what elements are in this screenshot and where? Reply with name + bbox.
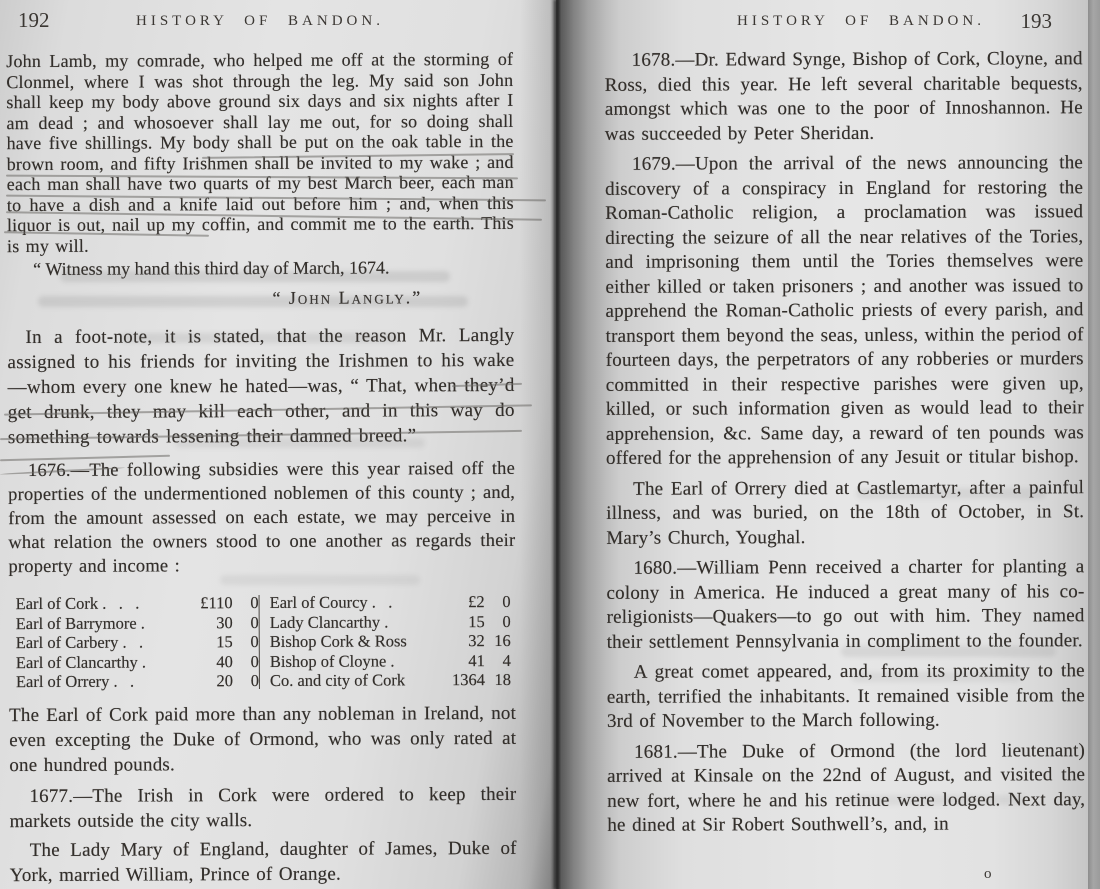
paragraph-1677-markets: 1677.—The Irish in Cork were ordered to …	[9, 781, 516, 833]
right-page-text: 1678.—Dr. Edward Synge, Bishop of Cork, …	[605, 47, 1086, 844]
noble-name: Lady Clancarthy	[270, 612, 381, 632]
amount-pounds: 40	[189, 652, 233, 672]
subsidy-table-left-column: Earl of Cork . . .£1100 Earl of Barrymor…	[9, 593, 259, 692]
signature-john-langly: “ John Langly.”	[7, 287, 514, 310]
paragraph-great-comet: A great comet appeared, and, from its pr…	[607, 659, 1085, 734]
left-page-text: John Lamb, my comrade, who helped me off…	[6, 49, 517, 888]
amount-pounds: 1364	[441, 670, 485, 690]
dot-leader: .	[137, 613, 145, 633]
table-row: Lady Clancarthy .150	[270, 611, 511, 632]
amount-pounds: 15	[189, 632, 233, 652]
amount-shillings: 0	[233, 632, 259, 652]
amount-shillings: 0	[233, 671, 259, 691]
amount-shillings: 18	[485, 670, 511, 690]
amount-pounds: 30	[189, 613, 233, 633]
page-right: 193 HISTORY OF BANDON. 1678.—Dr. Edward …	[556, 0, 1088, 889]
dot-leader: . .	[118, 633, 143, 653]
amount-shillings: 0	[233, 613, 259, 633]
table-row: Earl of Orrery . .200	[16, 671, 259, 692]
paragraph-langly-will: John Lamb, my comrade, who helped me off…	[6, 49, 514, 256]
paragraph-earl-of-cork: The Earl of Cork paid more than any nobl…	[9, 700, 516, 777]
amount-shillings: 0	[233, 652, 259, 672]
paragraph-earl-orrery-death: The Earl of Orrery died at Castlemartyr,…	[606, 476, 1084, 551]
amount-shillings: 0	[485, 592, 511, 612]
paragraph-1676-subsidies: 1676.—The following subsidies were this …	[8, 457, 516, 579]
dot-leader: .	[386, 651, 394, 671]
page-left: 192 HISTORY OF BANDON. John Lamb, my com…	[0, 0, 556, 889]
dot-leader: .	[380, 612, 388, 632]
noble-name: Co. and city of Cork	[270, 670, 405, 690]
dot-leader: . . .	[98, 594, 139, 614]
amount-pounds: £110	[189, 593, 233, 613]
paragraph-footnote-remark: In a foot-note, it is stated, that the r…	[7, 323, 515, 450]
page-number-left: 192	[18, 8, 50, 33]
table-row: Co. and city of Cork136418	[270, 670, 511, 691]
amount-shillings: 0	[485, 611, 511, 631]
noble-name: Earl of Courcy	[270, 593, 368, 613]
page-edge-strip	[1088, 0, 1100, 889]
amount-pounds: 41	[441, 651, 485, 671]
table-row: Bishop of Cloyne .414	[270, 650, 511, 671]
amount-pounds: £2	[441, 592, 485, 612]
running-head-left: HISTORY OF BANDON.	[95, 13, 425, 30]
paragraph-1679-conspiracy: 1679.—Upon the arrival of the news annou…	[605, 151, 1084, 471]
subsidy-table-right-column: Earl of Courcy . .£20 Lady Clancarthy .1…	[260, 592, 511, 691]
table-row: Earl of Carbery . .150	[16, 632, 259, 653]
noble-name: Earl of Clancarthy	[16, 652, 138, 672]
dot-leader: . .	[368, 592, 393, 612]
amount-pounds: 15	[441, 612, 485, 632]
book-scan-spread: 192 HISTORY OF BANDON. John Lamb, my com…	[0, 0, 1100, 889]
amount-pounds: 32	[441, 631, 485, 651]
witness-line: “ Witness my hand this third day of Marc…	[7, 257, 514, 280]
table-row: Earl of Barrymore .300	[16, 613, 259, 634]
paragraph-1678-synge: 1678.—Dr. Edward Synge, Bishop of Cork, …	[605, 47, 1083, 147]
noble-name: Bishop of Cloyne	[270, 651, 387, 671]
amount-pounds: 20	[189, 671, 233, 691]
paragraph-1680-william-penn: 1680.—William Penn received a charter fo…	[606, 555, 1084, 655]
noble-name: Earl of Orrery	[16, 672, 110, 692]
amount-shillings: 4	[485, 650, 511, 670]
subsidy-table: Earl of Cork . . .£1100 Earl of Barrymor…	[9, 592, 511, 692]
paragraph-lady-mary: The Lady Mary of England, daughter of Ja…	[10, 835, 517, 887]
noble-name: Bishop Cork & Ross	[270, 631, 407, 651]
table-row: Bishop Cork & Ross3216	[270, 631, 511, 652]
amount-shillings: 16	[485, 631, 511, 651]
printers-signature-mark: o	[984, 866, 992, 883]
gutter-fold-line	[554, 0, 557, 889]
noble-name: Earl of Cork	[16, 594, 99, 614]
amount-shillings: 0	[233, 593, 259, 613]
noble-name: Earl of Barrymore	[16, 613, 137, 633]
table-row: Earl of Cork . . .£1100	[16, 593, 259, 614]
noble-name: Earl of Carbery	[16, 633, 119, 653]
dot-leader: . .	[109, 672, 134, 692]
table-row: Earl of Courcy . .£20	[270, 592, 511, 613]
dot-leader: .	[138, 652, 146, 672]
running-head-right: HISTORY OF BANDON.	[696, 13, 1026, 30]
paragraph-1681-duke-of-ormond: 1681.—The Duke of Ormond (the lord lieut…	[607, 739, 1085, 839]
table-row: Earl of Clancarthy .400	[16, 652, 259, 673]
